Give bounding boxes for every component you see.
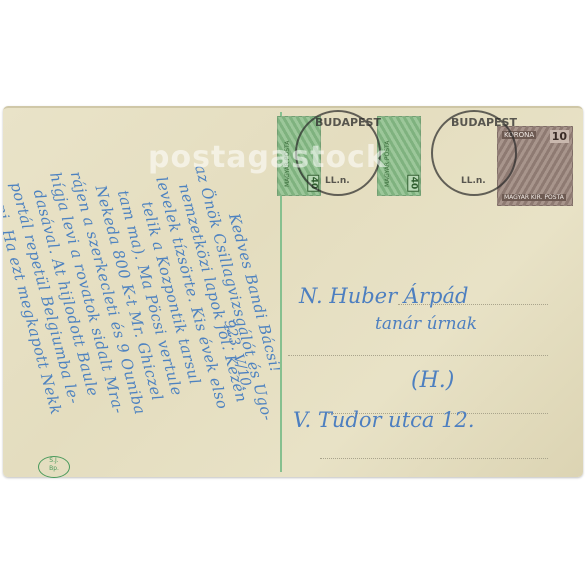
- publisher-seal: S.J. Bp.: [38, 456, 70, 478]
- message-line: dasával. At hijlodott Baule: [55, 114, 77, 472]
- addressee-street: V. Tudor utca 12.: [293, 408, 475, 432]
- message-line: menni. Ha ezt megkapott Nekk: [13, 114, 35, 472]
- message-line: hígja levi a rovatok sidalt Mra-: [76, 114, 98, 472]
- address-line: [288, 355, 548, 356]
- message-line: portál repetül Belgiumba le-: [34, 114, 56, 472]
- addressee-title: tanár úrnak: [375, 314, 477, 334]
- postmark: BUDAPEST LL.n.: [431, 110, 517, 196]
- message-line: Nekeda 800 K-t Mr. Ghiczel: [118, 114, 140, 472]
- address-line: [320, 458, 548, 459]
- addressee-city: (H.): [411, 368, 454, 393]
- message-line: rájen a szerkecleti és 9 Ouniba: [97, 114, 119, 472]
- addressee-name: N. Huber Árpád: [299, 284, 468, 308]
- watermark: postagastock: [148, 140, 387, 175]
